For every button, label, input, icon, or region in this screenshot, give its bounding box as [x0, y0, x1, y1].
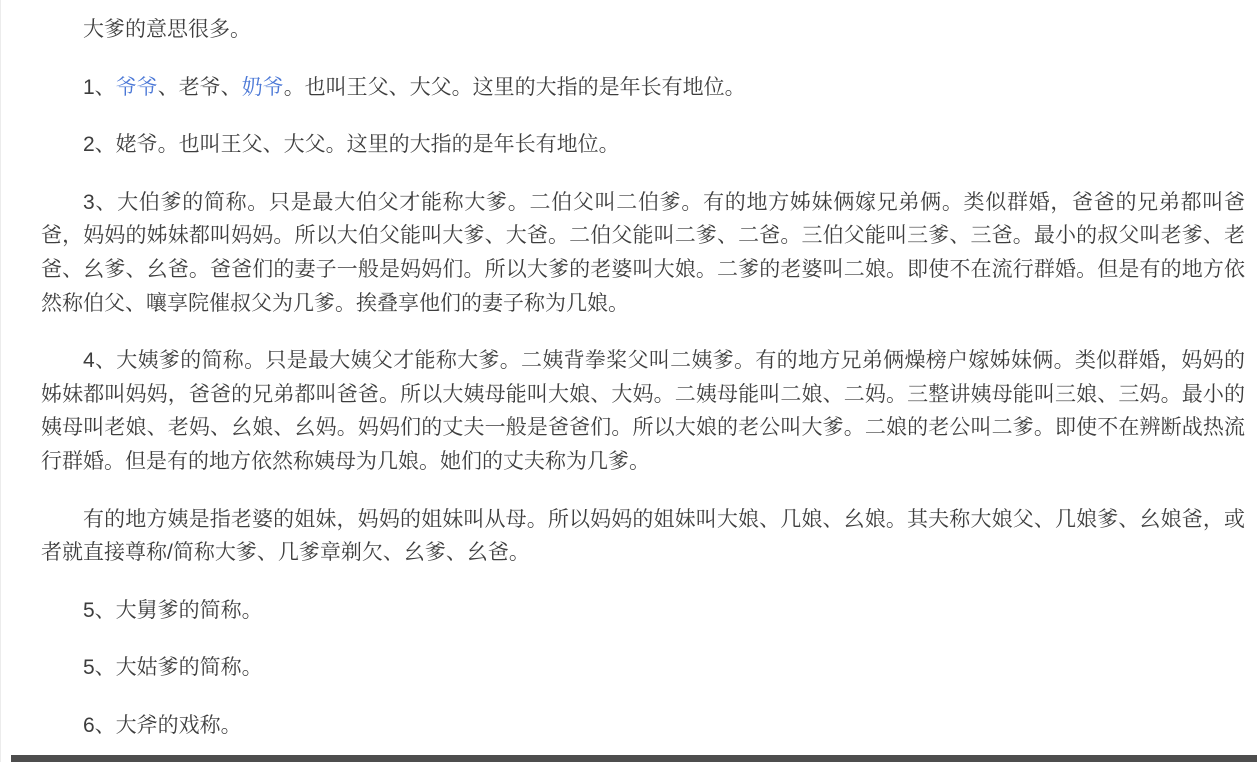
text-segment: 6、大斧的戏称。: [83, 714, 242, 737]
text-segment: 有的地方姨是指老婆的姐妹，妈妈的姐妹叫从母。所以妈妈的姐妹叫大娘、几娘、幺娘。其…: [41, 508, 1245, 565]
text-segment: 4、大姨爹的简称。只是最大姨父才能称大爹。二姨背拳桨父叫二姨爹。有的地方兄弟俩燥…: [41, 349, 1245, 473]
text-segment: 1、: [83, 76, 116, 99]
text-segment: 大爹的意思很多。: [83, 18, 251, 41]
text-segment: 、老爷、: [158, 76, 242, 99]
text-segment: 3、大伯爹的简称。只是最大伯父才能称大爹。二伯父叫二伯爹。有的地方姊妹俩嫁兄弟俩…: [41, 191, 1245, 315]
text-segment: 2、姥爷。也叫王父、大父。这里的大指的是年长有地位。: [83, 133, 620, 156]
paragraph: 6、大斧的戏称。: [41, 709, 1245, 743]
paragraph: 3、大伯爹的简称。只是最大伯父才能称大爹。二伯父叫二伯爹。有的地方姊妹俩嫁兄弟俩…: [41, 186, 1245, 320]
paragraph: 大爹的意思很多。: [41, 13, 1245, 47]
paragraph: 5、大舅爹的简称。: [41, 594, 1245, 628]
paragraph: 5、大姑爹的简称。: [41, 651, 1245, 685]
text-segment: 。也叫王父、大父。这里的大指的是年长有地位。: [284, 76, 746, 99]
article: 大爹的意思很多。1、爷爷、老爷、奶爷。也叫王父、大父。这里的大指的是年长有地位。…: [1, 0, 1257, 743]
answer-page: 大爹的意思很多。1、爷爷、老爷、奶爷。也叫王父、大父。这里的大指的是年长有地位。…: [0, 0, 1257, 762]
paragraph: 有的地方姨是指老婆的姐妹，妈妈的姐妹叫从母。所以妈妈的姐妹叫大娘、几娘、幺娘。其…: [41, 503, 1245, 570]
paragraph: 1、爷爷、老爷、奶爷。也叫王父、大父。这里的大指的是年长有地位。: [41, 71, 1245, 105]
paragraph: 4、大姨爹的简称。只是最大姨父才能称大爹。二姨背拳桨父叫二姨爹。有的地方兄弟俩燥…: [41, 344, 1245, 478]
text-segment: 5、大舅爹的简称。: [83, 599, 263, 622]
horizontal-scrollbar-thumb[interactable]: [11, 755, 1257, 762]
inline-link[interactable]: 奶爷: [242, 76, 284, 99]
text-segment: 5、大姑爹的简称。: [83, 656, 263, 679]
inline-link[interactable]: 爷爷: [116, 76, 158, 99]
paragraph: 2、姥爷。也叫王父、大父。这里的大指的是年长有地位。: [41, 128, 1245, 162]
